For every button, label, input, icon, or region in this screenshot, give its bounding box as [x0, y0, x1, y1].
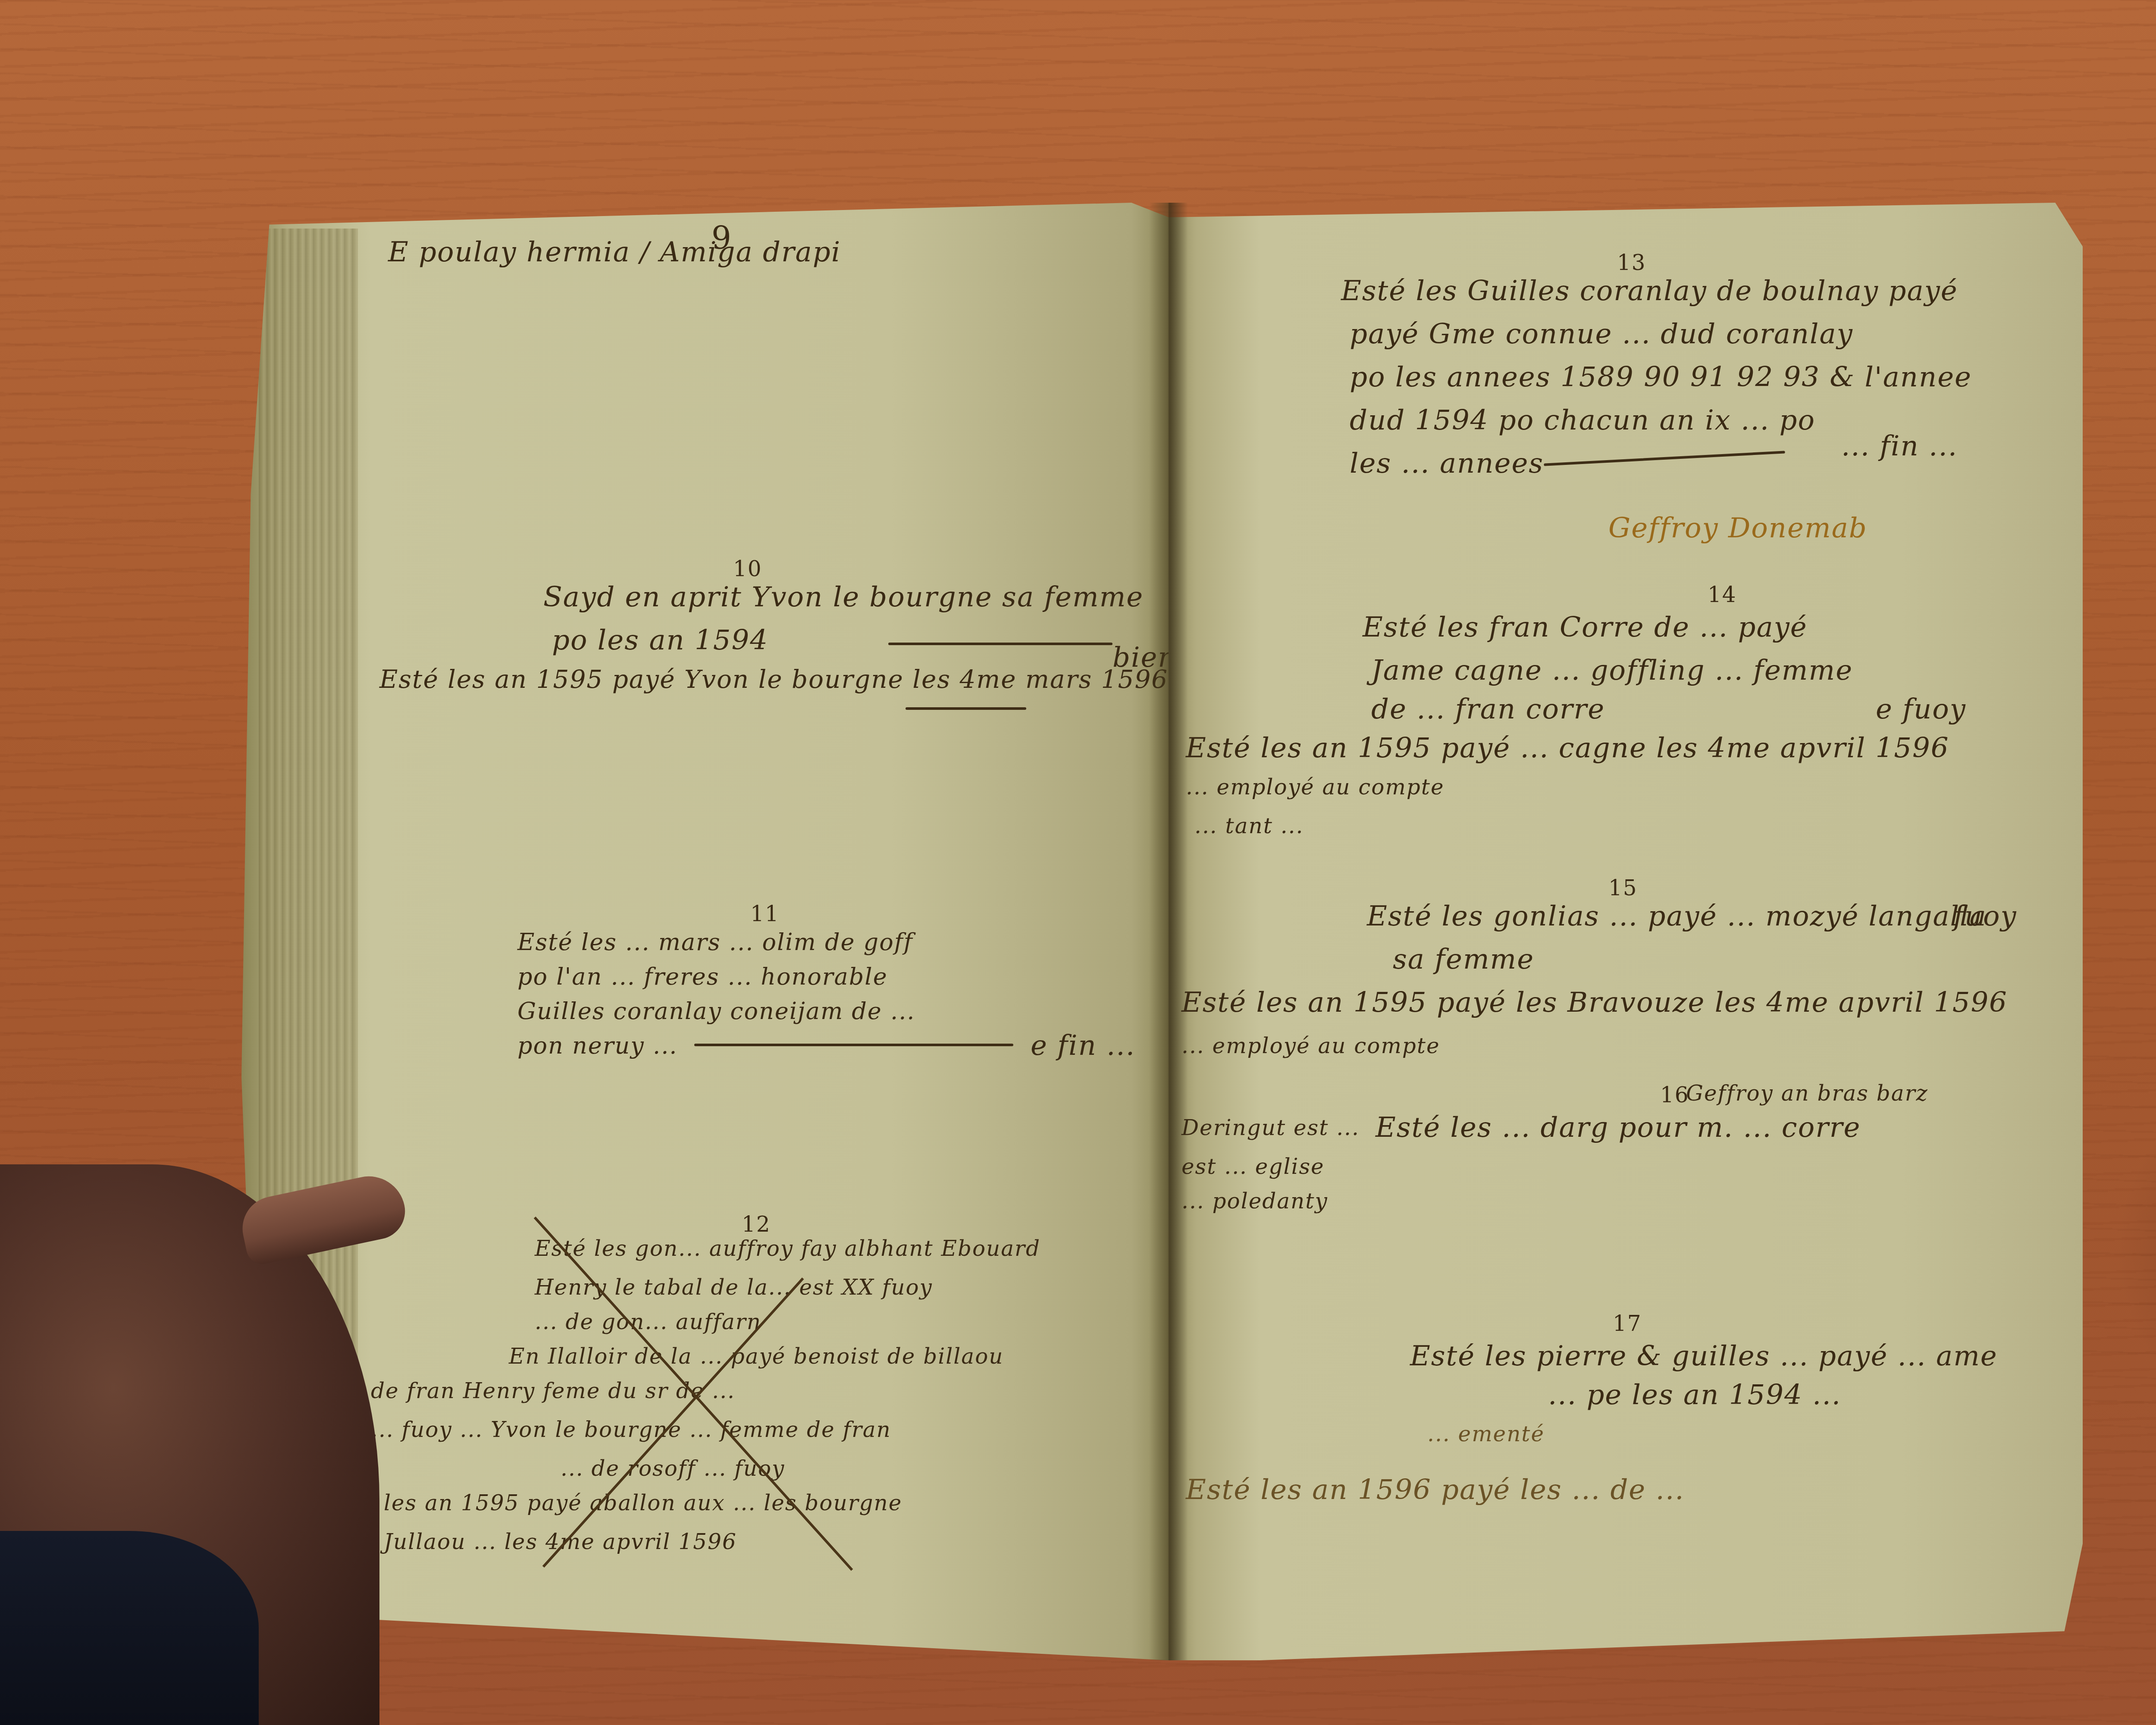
- entry-line: les ... annees: [1350, 440, 1544, 487]
- entry-line: Esté les an 1595 payé les Bravouze les 4…: [1181, 979, 2008, 1026]
- margin-note: e fuoy: [1876, 686, 1966, 733]
- entry-line: Esté les an 1596 payé les ... de ...: [1186, 1466, 1685, 1514]
- left-page: E poulay hermia / Amiga drapi 9 10 Sayd …: [241, 203, 1169, 1660]
- entry-line: Sayd en aprit Yvon le bourgne sa femme: [543, 574, 1144, 621]
- entry-line: Esté les ... darg pour m. ... corre: [1376, 1104, 1861, 1151]
- entry-line: ... ementé: [1427, 1410, 1545, 1458]
- margin-note: ... fin ...: [1841, 423, 1958, 470]
- ochre-signature: Geffroy Donemab: [1608, 505, 1868, 552]
- right-page: 13 Esté les Guilles coranlay de boulnay …: [1169, 203, 2083, 1660]
- entry-line: ... tant ...: [1194, 802, 1304, 850]
- table-shadow: [2113, 992, 2156, 1423]
- left-header: E poulay hermia / Amiga drapi: [388, 229, 841, 276]
- entry-line: sa femme: [1393, 936, 1534, 983]
- ledger-rule: [694, 1044, 1013, 1046]
- ledger-rule: [888, 643, 1112, 645]
- margin-note: fuoy: [1953, 893, 2017, 940]
- entry-line: Esté les an 1595 payé Yvon le bourgne le…: [379, 655, 1168, 703]
- entry-line: Esté les gonlias ... payé ... mozyé lang…: [1367, 893, 1987, 940]
- entry-line: Jullaou ... les 4me apvril 1596: [384, 1518, 737, 1565]
- entry-line: ... poledanty: [1181, 1177, 1328, 1225]
- entry-line: Esté les fran Corre de ... payé: [1363, 604, 1808, 651]
- entry-line: payé Gme connue ... dud coranlay: [1350, 310, 1853, 358]
- open-manuscript: E poulay hermia / Amiga drapi 9 10 Sayd …: [241, 203, 2083, 1660]
- sleeve: [0, 1531, 259, 1725]
- entry-line: ... employé au compte: [1181, 1022, 1440, 1069]
- entry-line: Esté les Guilles coranlay de boulnay pay…: [1341, 267, 1958, 315]
- ledger-rule: [906, 707, 1026, 710]
- entry-line: pon neruy ...: [517, 1022, 678, 1069]
- ledger-rule: [1544, 451, 1785, 466]
- entry-line: ... pe les an 1594 ...: [1548, 1371, 1841, 1419]
- entry-line: po les annees 1589 90 91 92 93 & l'annee: [1350, 354, 1972, 401]
- entry-line: dud 1594 po chacun an ix ... po: [1350, 397, 1815, 444]
- margin-note: e fin ...: [1031, 1022, 1135, 1069]
- page-number: 9: [711, 220, 732, 256]
- book-gutter: [1149, 203, 1188, 1660]
